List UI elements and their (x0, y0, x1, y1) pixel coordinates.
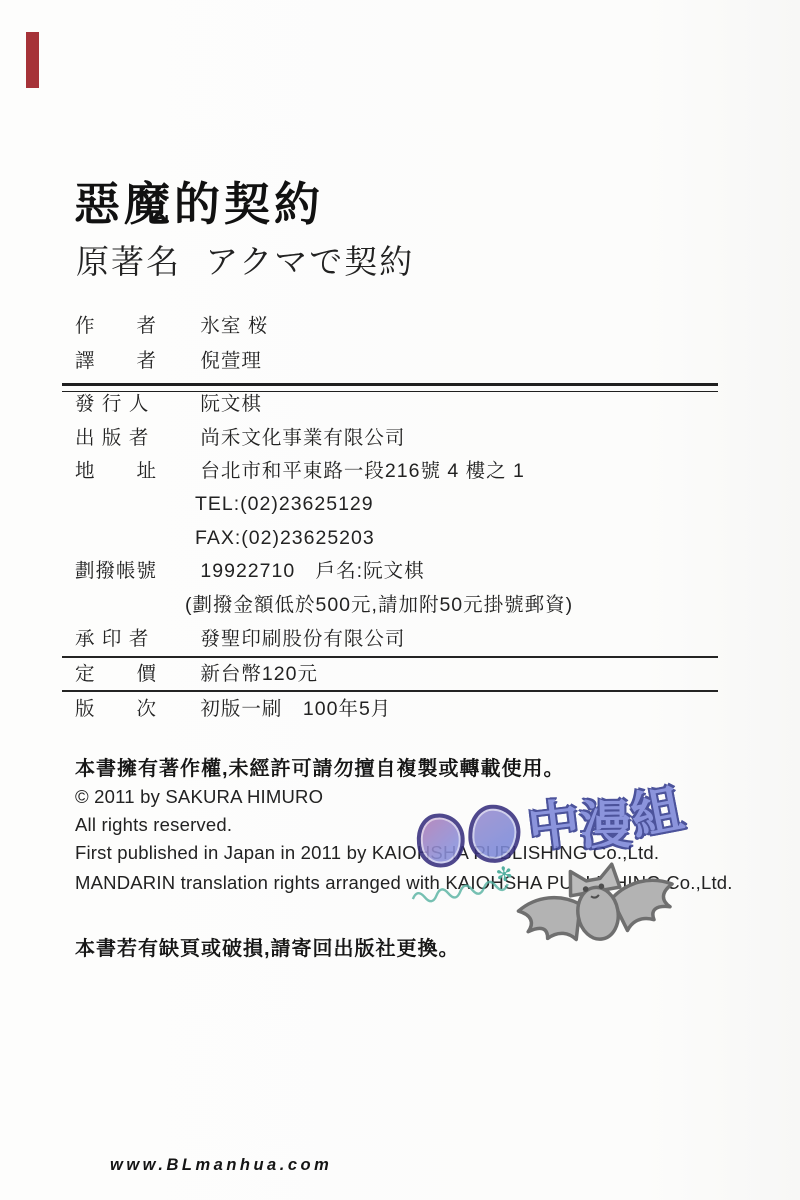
scanlation-watermark: 中漫組 ✻ (408, 790, 768, 940)
row-translator: 譯 者 倪萱理 (75, 349, 735, 373)
copyright-line: MANDARIN translation rights arranged wit… (75, 872, 733, 894)
row-publisher-company: 出 版 者 尚禾文化事業有限公司 (75, 426, 735, 450)
row-value: (劃撥金額低於500元,請加附50元掛號郵資) (185, 593, 573, 617)
row-fax: FAX:(02)23625203 (75, 526, 735, 550)
book-title: 惡魔的契約 (74, 168, 324, 234)
row-address: 地 址 台北市和平東路一段216號 4 樓之 1 (75, 459, 735, 483)
row-label: 版 次 (75, 697, 179, 721)
original-title-line: 原著名 アクマで契約 (76, 236, 414, 283)
copyright-line: First published in Japan in 2011 by KAIO… (75, 842, 659, 864)
divider-thin-rule (62, 690, 718, 692)
original-title-value: アクマで契約 (205, 245, 414, 281)
row-printer: 承 印 者 發聖印刷股份有限公司 (75, 627, 735, 651)
row-edition: 版 次 初版一刷 100年5月 (75, 697, 735, 721)
row-label: 劃撥帳號 (75, 559, 179, 583)
copyright-line: All rights reserved. (75, 814, 232, 836)
row-label: 地 址 (75, 459, 179, 483)
row-value: 倪萱理 (200, 349, 262, 373)
row-postal-note: (劃撥金額低於500元,請加附50元掛號郵資) (75, 593, 735, 617)
row-label: 作 者 (75, 314, 179, 338)
row-value: 台北市和平東路一段216號 4 樓之 1 (200, 459, 524, 483)
row-publisher-person: 發 行 人 阮文棋 (75, 392, 735, 416)
row-value: 阮文棋 (200, 392, 262, 416)
row-value: 發聖印刷股份有限公司 (200, 627, 405, 651)
row-label: 出 版 者 (75, 426, 179, 450)
scan-corner-mark (26, 32, 39, 88)
row-label: 承 印 者 (75, 627, 179, 651)
copyright-notice: 本書擁有著作權,未經許可請勿擅自複製或轉載使用。 (75, 752, 565, 781)
row-tel: TEL:(02)23625129 (75, 492, 735, 516)
footer-website-url: www.BLmanhua.com (110, 1156, 332, 1175)
watermark-char: 組 (627, 783, 688, 844)
row-value: 氷室 桜 (200, 314, 268, 338)
row-price: 定 價 新台幣120元 (75, 662, 735, 686)
scanned-colophon-page: 惡魔的契約 原著名 アクマで契約 作 者 氷室 桜 譯 者 倪萱理 發 行 人 … (0, 0, 800, 1200)
original-title-label: 原著名 (76, 245, 181, 281)
row-value: 新台幣120元 (200, 662, 318, 686)
row-author: 作 者 氷室 桜 (75, 314, 735, 338)
row-value: TEL:(02)23625129 (195, 492, 374, 516)
divider-thin-rule (62, 656, 718, 658)
row-value: 19922710 戶名:阮文棋 (200, 559, 424, 583)
divider-thick-rule (62, 383, 718, 392)
row-value: 初版一刷 100年5月 (200, 697, 391, 721)
row-label: 譯 者 (75, 349, 179, 373)
return-notice: 本書若有缺頁或破損,請寄回出版社更換。 (75, 932, 460, 961)
row-postal-account: 劃撥帳號 19922710 戶名:阮文棋 (75, 559, 735, 583)
row-value: FAX:(02)23625203 (195, 526, 375, 550)
row-label: 定 價 (75, 662, 179, 686)
copyright-line: © 2011 by SAKURA HIMURO (75, 786, 323, 808)
row-value: 尚禾文化事業有限公司 (200, 426, 405, 450)
row-label: 發 行 人 (75, 392, 179, 416)
